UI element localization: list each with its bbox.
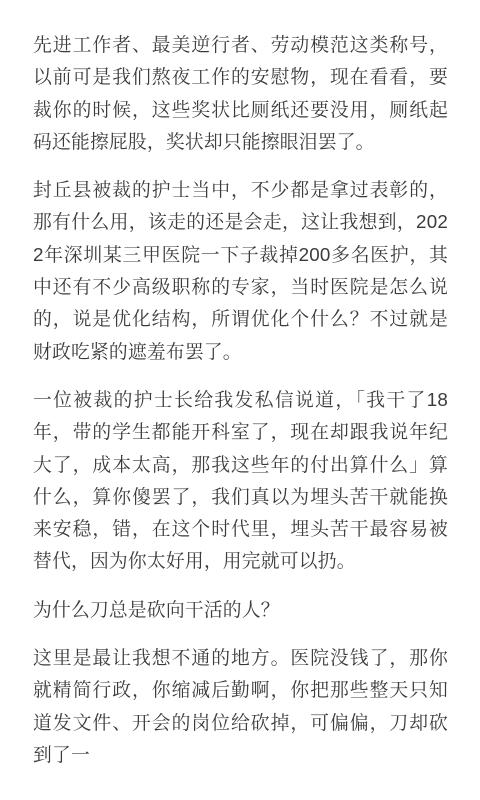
paragraph-fengqiu-layoffs: 封丘县被裁的护士当中，不少都是拿过表彰的，那有什么用，该走的还是会走，这让我想到… <box>33 174 448 368</box>
paragraph-head-nurse-message: 一位被裁的护士长给我发私信说道，「我干了18年，带的学生都能开科室了，现在却跟我… <box>33 384 448 578</box>
article-page: 先进工作者、最美逆行者、劳动模范这类称号，以前可是我们熬夜工作的安慰物，现在看看… <box>0 0 480 800</box>
paragraph-question-line: 为什么刀总是砍向干活的人？ <box>33 594 448 626</box>
paragraph-awards-titles: 先进工作者、最美逆行者、劳动模范这类称号，以前可是我们熬夜工作的安慰物，现在看看… <box>33 29 448 158</box>
paragraph-hospital-cuts: 这里是最让我想不通的地方。医院没钱了，那你就精简行政，你缩减后勤啊，你把那些整天… <box>33 642 448 771</box>
